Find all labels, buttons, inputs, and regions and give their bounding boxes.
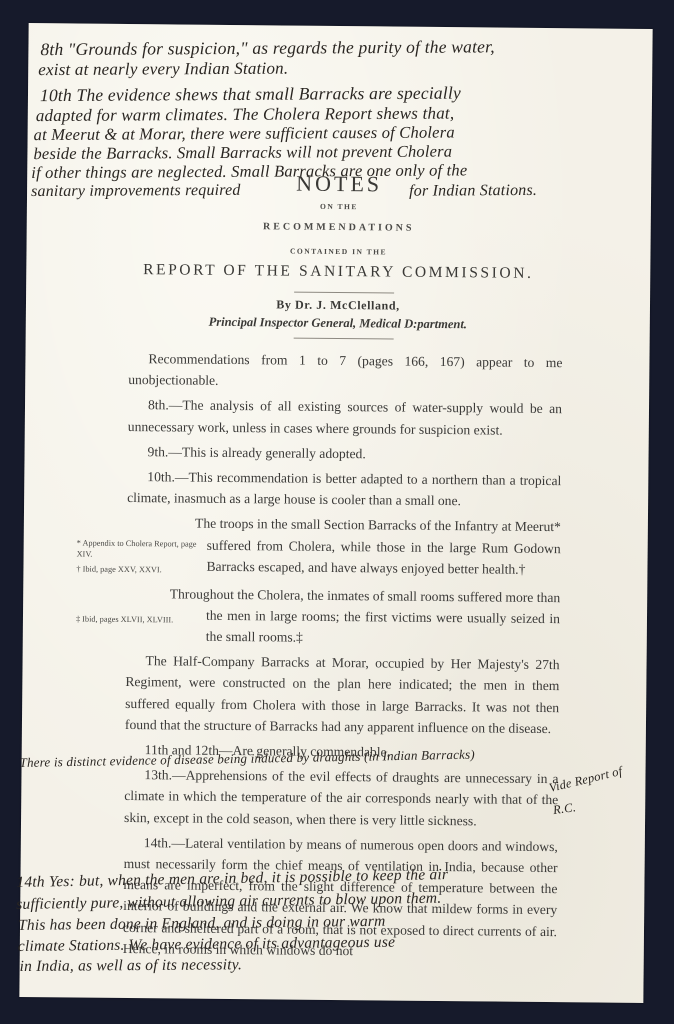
hand-line: sufficiently pure, without allowing air …: [16, 890, 441, 913]
hand-line: climate Stations. We have evidence of it…: [18, 934, 396, 955]
hand-line: This has been done in England, and is do…: [18, 913, 386, 934]
hand-line: in India, as well as of its necessity.: [20, 956, 243, 975]
hand-line: 14th Yes: but, when the men are in bed, …: [16, 866, 448, 891]
document-page: 8th "Grounds for suspicion," as regards …: [19, 23, 652, 1003]
handwritten-footer: 14th Yes: but, when the men are in bed, …: [19, 23, 652, 1003]
